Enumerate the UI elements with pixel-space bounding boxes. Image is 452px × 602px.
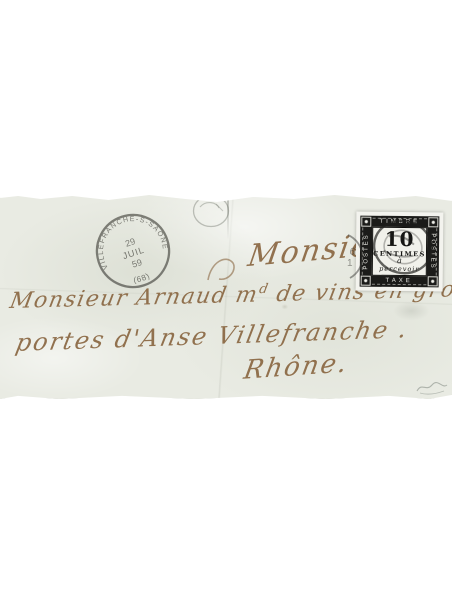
address-line-4: Rhône. [241, 348, 350, 386]
address-line-2-text: Monsieur Arnaud m [8, 282, 261, 314]
fold-crease [227, 194, 229, 240]
envelope-photo: VILLEFRANCHE-S-SAONE (68) 29 JUIL 59 Mon… [0, 0, 452, 602]
side-cancel-digit-2: 1 [347, 258, 353, 269]
side-cancel-digit-1: 6 [348, 246, 356, 258]
pencil-expert-mark [414, 378, 450, 396]
pen-flourish [206, 254, 240, 284]
address-line-3: portes d'Anse Villefranche . [13, 315, 411, 357]
envelope-paper: VILLEFRANCHE-S-SAONE (68) 29 JUIL 59 Mon… [0, 194, 452, 399]
cancellation-marks: 6 1 [332, 208, 447, 296]
postmark-year: 59 [131, 257, 144, 270]
